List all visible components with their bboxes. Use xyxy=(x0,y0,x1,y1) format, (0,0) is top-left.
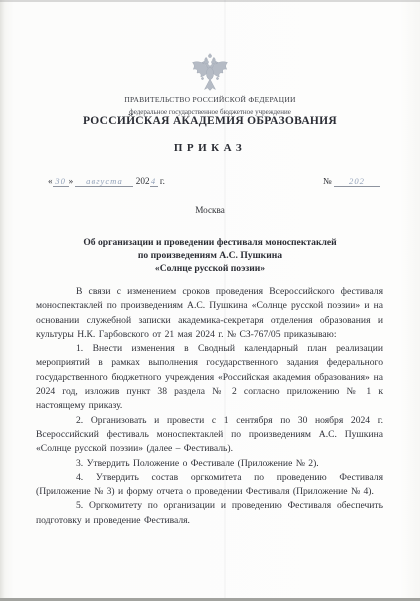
order-item-1: 1. Внести изменения в Сводный календарны… xyxy=(36,342,383,413)
number-line: № 202 xyxy=(323,176,380,187)
date-number-row: «30» августа 2024 г. № 202 xyxy=(48,176,380,187)
number-label: № xyxy=(323,176,332,186)
date-suffix: г. xyxy=(160,176,165,186)
city-label: Москва xyxy=(0,205,420,215)
order-item-3: 3. Утвердить Положение о Фестивале (Прил… xyxy=(36,457,383,471)
handwritten-number: 202 xyxy=(349,176,365,186)
order-body: В связи с изменением сроков проведения В… xyxy=(36,285,383,528)
order-title: Об организации и проведении фестиваля мо… xyxy=(30,236,390,276)
order-title-line-2: по произведениям А.С. Пушкина xyxy=(30,249,390,262)
handwritten-day: 30 xyxy=(55,176,66,186)
preamble-paragraph: В связи с изменением сроков проведения В… xyxy=(36,285,383,342)
order-item-5: 5. Оргкомитету по организации и проведен… xyxy=(36,499,383,528)
date-close-quote: » xyxy=(69,176,74,186)
government-line: ПРАВИТЕЛЬСТВО РОССИЙСКОЙ ФЕДЕРАЦИИ xyxy=(0,95,420,104)
date-line: «30» августа 2024 г. xyxy=(48,176,165,187)
handwritten-year-digit: 4 xyxy=(151,176,156,186)
document-type-heading: ПРИКАЗ xyxy=(0,142,420,154)
scan-top-edge xyxy=(0,0,420,2)
scanned-order-document: ПРАВИТЕЛЬСТВО РОССИЙСКОЙ ФЕДЕРАЦИИ федер… xyxy=(0,0,420,601)
order-title-line-3: «Солнце русской поэзии» xyxy=(30,262,390,275)
order-item-2: 2. Организовать и провести с 1 сентября … xyxy=(36,414,383,457)
printed-year: 202 xyxy=(136,176,150,186)
handwritten-month: августа xyxy=(86,176,123,186)
organization-name: РОССИЙСКАЯ АКАДЕМИЯ ОБРАЗОВАНИЯ xyxy=(0,115,420,127)
order-item-4: 4. Утвердить состав оргкомитета по прове… xyxy=(36,471,383,500)
order-title-line-1: Об организации и проведении фестиваля мо… xyxy=(30,236,390,249)
russian-coat-of-arms-icon xyxy=(190,53,230,95)
